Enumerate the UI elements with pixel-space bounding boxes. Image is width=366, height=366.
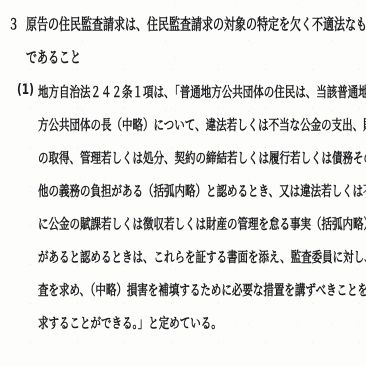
body-line-7: 査を求め、（中略）損害を補填するために必要な措置を講ずべきことを請 bbox=[38, 272, 366, 305]
paragraph-marker: (1) bbox=[17, 68, 34, 114]
body-line-5: に公金の賦課若しくは徴収若しくは財産の管理を怠る事実（括弧内略） bbox=[38, 206, 366, 239]
document-page: ３原告の住民監査請求は、住民監査請求の対象の特定を欠く不適法なもの であること … bbox=[0, 0, 366, 366]
body-line-2: 方公共団体の長（中略）について、違法若しくは不当な公金の支出、財産 bbox=[38, 107, 366, 140]
paragraph-1: (1) 地方自治法２４２条１項は、「普通地方公共団体の住民は、当該普通地 方公共… bbox=[8, 74, 366, 338]
body-line-6: があると認めるときは、これらを証する書面を添え、監査委員に対し、監 bbox=[38, 239, 366, 272]
body-line-3: の取得、管理若しくは処分、契約の締結若しくは履行若しくは債務その bbox=[38, 140, 366, 173]
section-heading: ３原告の住民監査請求は、住民監査請求の対象の特定を欠く不適法なもの であること bbox=[8, 6, 366, 72]
body-line-1: 地方自治法２４２条１項は、「普通地方公共団体の住民は、当該普通地 bbox=[38, 74, 366, 107]
body-line-4: 他の義務の負担がある（括弧内略）と認めるとき、又は違法若しくは不当 bbox=[38, 173, 366, 206]
section-number: ３ bbox=[8, 2, 19, 48]
